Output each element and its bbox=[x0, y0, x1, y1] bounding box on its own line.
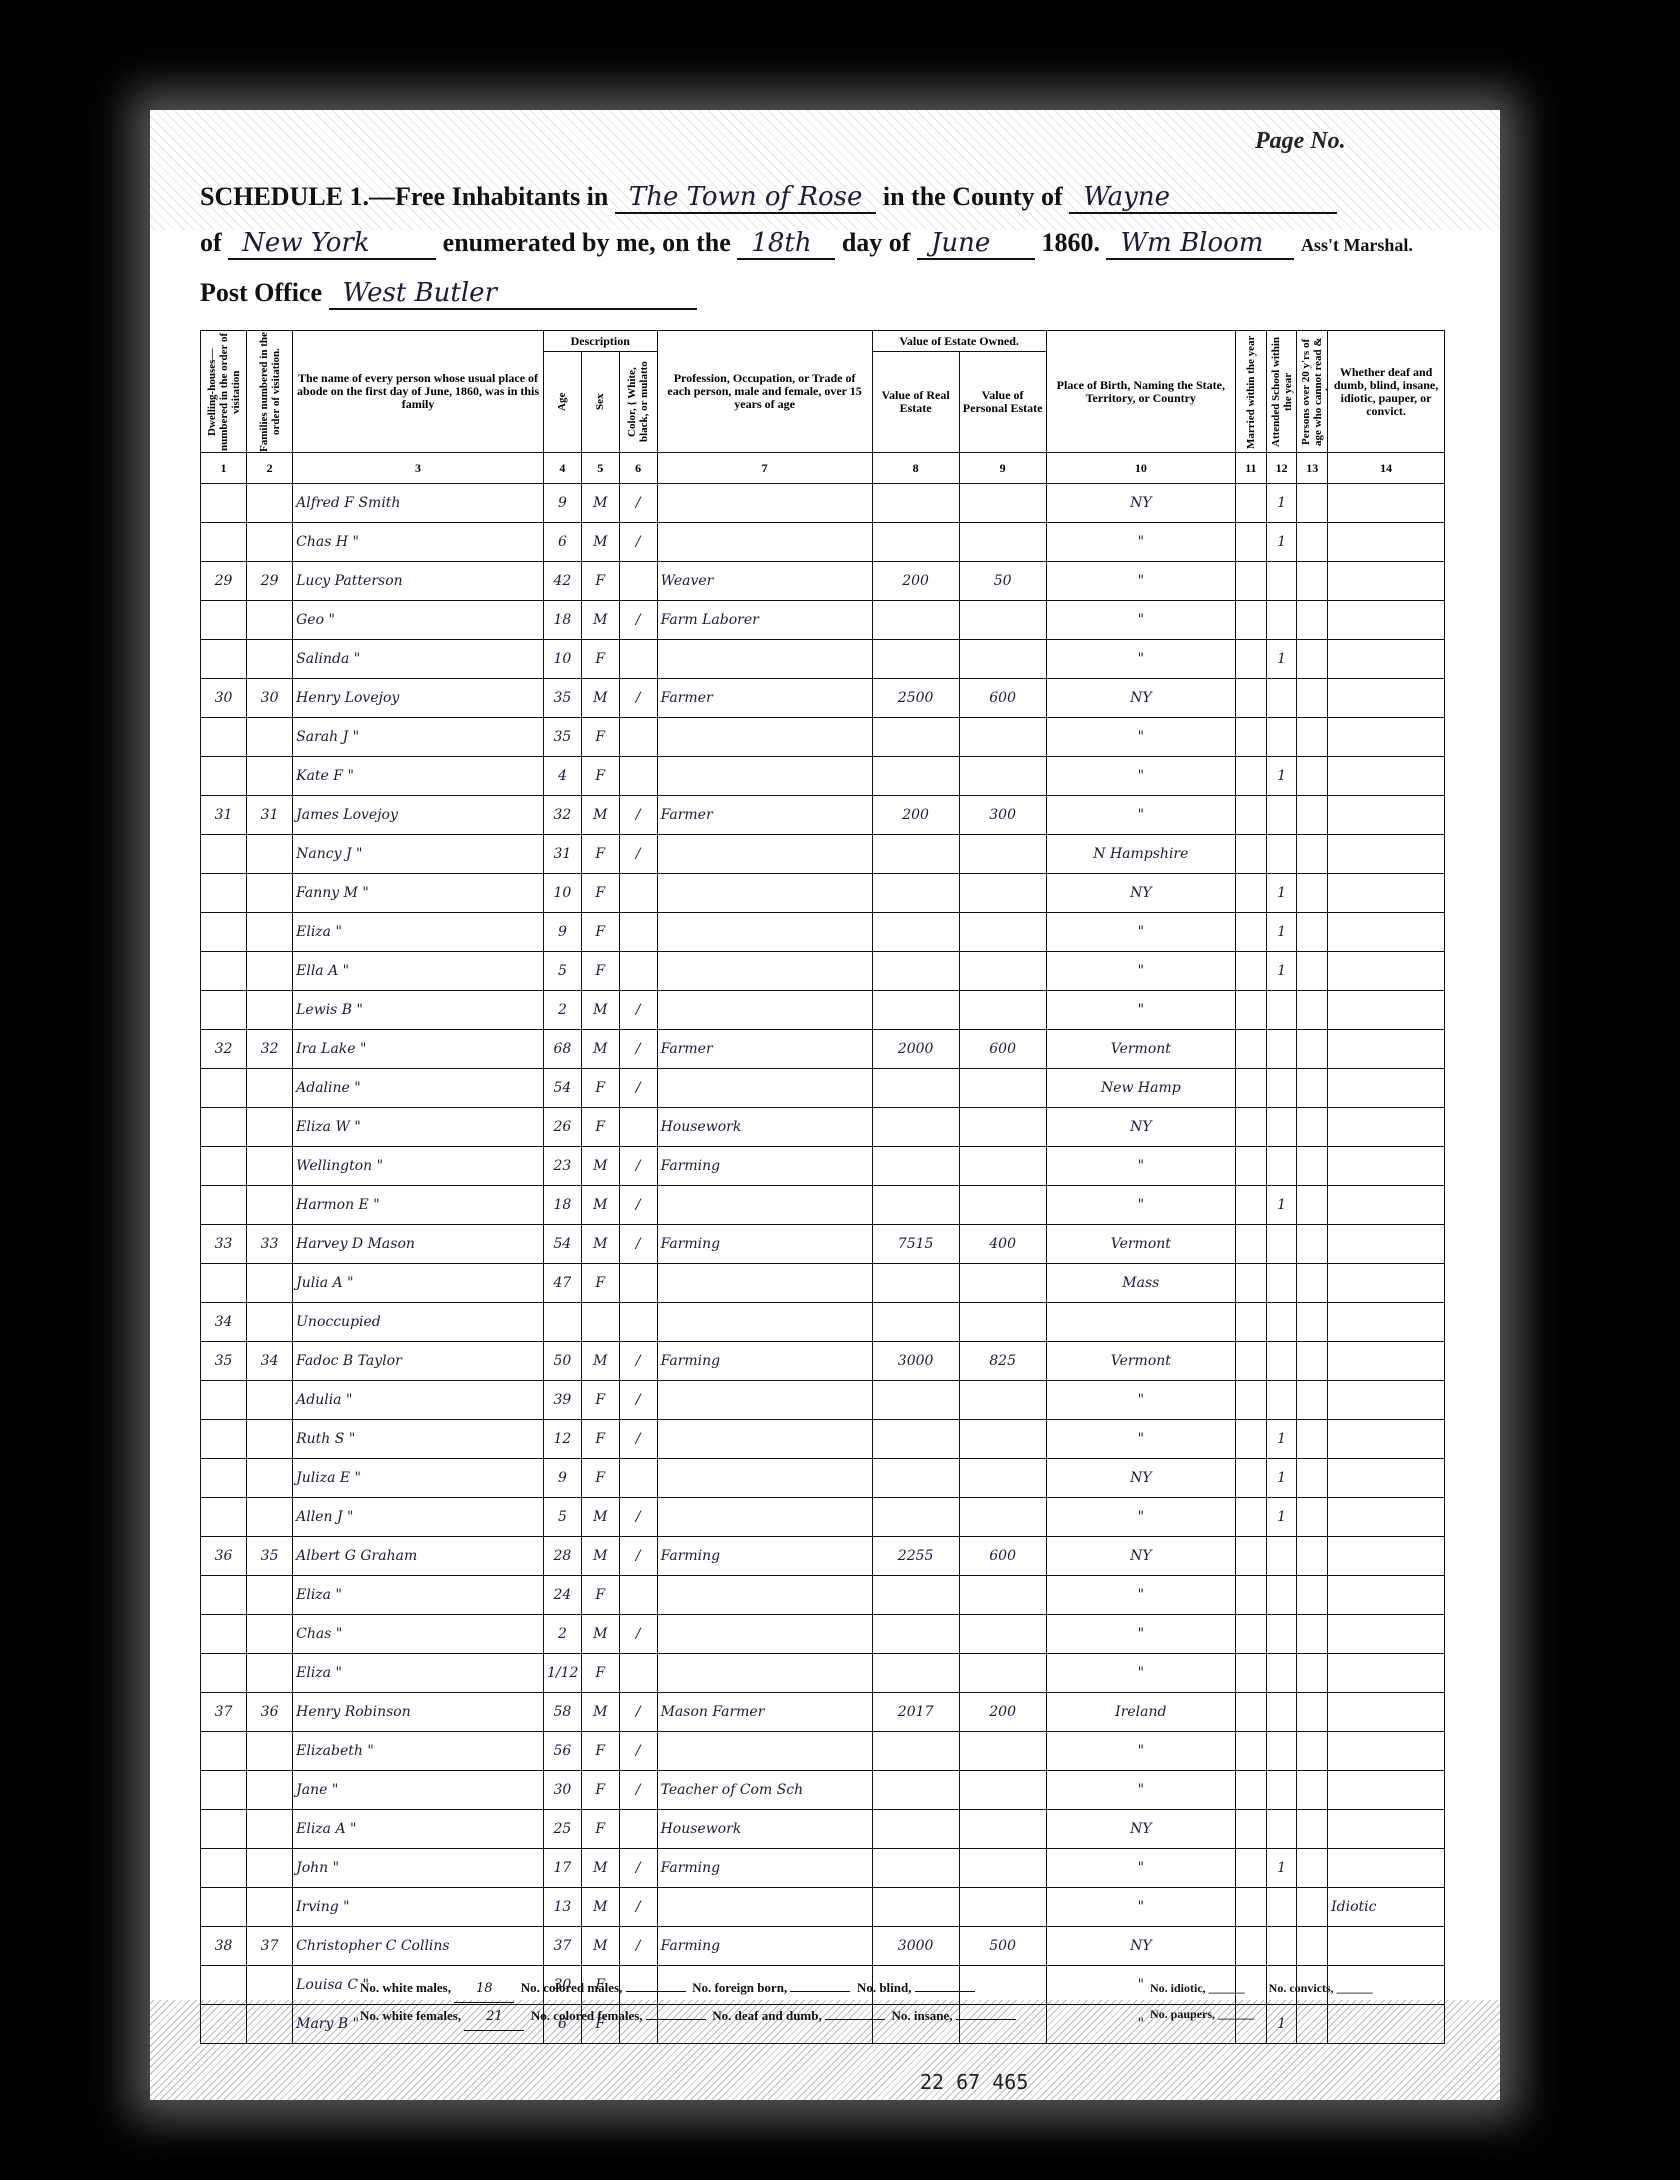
cell-family bbox=[247, 1888, 293, 1927]
cell-dwelling bbox=[201, 1498, 247, 1537]
cell-birth: " bbox=[1046, 523, 1235, 562]
cell-illiterate bbox=[1297, 1810, 1328, 1849]
cell-sex: F bbox=[581, 1264, 619, 1303]
cell-birth: " bbox=[1046, 1420, 1235, 1459]
cell-color bbox=[619, 1576, 657, 1615]
cell-personal: 600 bbox=[959, 1537, 1046, 1576]
cell-personal bbox=[959, 640, 1046, 679]
cell-age: 10 bbox=[543, 874, 581, 913]
cell-color bbox=[619, 1810, 657, 1849]
cell-name: Ira Lake " bbox=[293, 1030, 544, 1069]
cell-real bbox=[872, 757, 959, 796]
cell-condition bbox=[1328, 601, 1445, 640]
cell-birth: Mass bbox=[1046, 1264, 1235, 1303]
foreign-born-value bbox=[790, 1991, 850, 1992]
cell-occupation bbox=[657, 1654, 872, 1693]
cell-condition bbox=[1328, 1459, 1445, 1498]
cell-illiterate bbox=[1297, 757, 1328, 796]
cell-occupation bbox=[657, 1498, 872, 1537]
cell-married bbox=[1236, 1537, 1267, 1576]
cell-age: 35 bbox=[543, 679, 581, 718]
blind-label: No. blind, bbox=[857, 1980, 912, 1995]
cell-name: Elizabeth " bbox=[293, 1732, 544, 1771]
group-header-row: Dwelling-houses—numbered in the order of… bbox=[201, 331, 1445, 352]
marshal-name: Wm Bloom bbox=[1106, 228, 1294, 260]
cell-real bbox=[872, 484, 959, 523]
cell-dwelling: 34 bbox=[201, 1303, 247, 1342]
cell-school bbox=[1266, 1732, 1297, 1771]
cell-real bbox=[872, 1459, 959, 1498]
cell-school bbox=[1266, 1537, 1297, 1576]
cell-personal bbox=[959, 1654, 1046, 1693]
cell-family bbox=[247, 835, 293, 874]
cell-school bbox=[1266, 601, 1297, 640]
table-row: Eliza A "25FHouseworkNY bbox=[201, 1810, 1445, 1849]
cell-condition: Idiotic bbox=[1328, 1888, 1445, 1927]
cell-family bbox=[247, 1732, 293, 1771]
cell-name: Fanny M " bbox=[293, 874, 544, 913]
cell-occupation bbox=[657, 1303, 872, 1342]
cell-color bbox=[619, 874, 657, 913]
cell-condition bbox=[1328, 1849, 1445, 1888]
cell-age: 13 bbox=[543, 1888, 581, 1927]
cell-dwelling bbox=[201, 1147, 247, 1186]
cell-color: / bbox=[619, 1342, 657, 1381]
cell-age: 18 bbox=[543, 601, 581, 640]
cell-real bbox=[872, 1381, 959, 1420]
cell-family bbox=[247, 1069, 293, 1108]
cell-family bbox=[247, 1576, 293, 1615]
cell-color bbox=[619, 952, 657, 991]
day-of-label: day of bbox=[842, 228, 911, 257]
col-num: 12 bbox=[1266, 453, 1297, 484]
cell-school bbox=[1266, 1342, 1297, 1381]
col-header-personal-estate: Value of Personal Estate bbox=[959, 352, 1046, 453]
col-header-occupation: Profession, Occupation, or Trade of each… bbox=[657, 331, 872, 453]
cell-birth: " bbox=[1046, 1732, 1235, 1771]
cell-birth: NY bbox=[1046, 874, 1235, 913]
cell-name: Kate F " bbox=[293, 757, 544, 796]
cell-family bbox=[247, 601, 293, 640]
table-row: Geo "18M/Farm Laborer" bbox=[201, 601, 1445, 640]
cell-occupation: Farming bbox=[657, 1147, 872, 1186]
cell-age: 9 bbox=[543, 484, 581, 523]
cell-real bbox=[872, 718, 959, 757]
cell-real bbox=[872, 1303, 959, 1342]
cell-real bbox=[872, 1186, 959, 1225]
cell-illiterate bbox=[1297, 640, 1328, 679]
cell-age: 68 bbox=[543, 1030, 581, 1069]
cell-real: 200 bbox=[872, 796, 959, 835]
cell-birth: " bbox=[1046, 1381, 1235, 1420]
col-num: 11 bbox=[1236, 453, 1267, 484]
enumeration-line: of New York enumerated by me, on the 18t… bbox=[200, 228, 1413, 260]
cell-color: / bbox=[619, 484, 657, 523]
col-header-condition: Whether deaf and dumb, blind, insane, id… bbox=[1328, 331, 1445, 453]
cell-sex: M bbox=[581, 1615, 619, 1654]
cell-name: Geo " bbox=[293, 601, 544, 640]
cell-birth: " bbox=[1046, 1498, 1235, 1537]
cell-school: 1 bbox=[1266, 484, 1297, 523]
col-num: 8 bbox=[872, 453, 959, 484]
year-value: 1860. bbox=[1041, 228, 1100, 257]
cell-name: Adaline " bbox=[293, 1069, 544, 1108]
table-row: Nancy J "31F/N Hampshire bbox=[201, 835, 1445, 874]
cell-dwelling bbox=[201, 1654, 247, 1693]
cell-sex: F bbox=[581, 1771, 619, 1810]
cell-occupation: Farming bbox=[657, 1927, 872, 1966]
cell-personal bbox=[959, 913, 1046, 952]
table-row: Eliza W "26FHouseworkNY bbox=[201, 1108, 1445, 1147]
cell-condition bbox=[1328, 796, 1445, 835]
cell-dwelling: 36 bbox=[201, 1537, 247, 1576]
cell-age: 1/12 bbox=[543, 1654, 581, 1693]
cell-occupation bbox=[657, 1381, 872, 1420]
table-row: Sarah J "35F" bbox=[201, 718, 1445, 757]
cell-sex: F bbox=[581, 1654, 619, 1693]
cell-illiterate bbox=[1297, 796, 1328, 835]
cell-family: 37 bbox=[247, 1927, 293, 1966]
cell-name: Allen J " bbox=[293, 1498, 544, 1537]
cell-married bbox=[1236, 1771, 1267, 1810]
cell-married bbox=[1236, 523, 1267, 562]
post-office-label: Post Office bbox=[200, 278, 322, 307]
white-males-label: No. white males, bbox=[360, 1980, 451, 1995]
cell-age: 24 bbox=[543, 1576, 581, 1615]
cell-age: 6 bbox=[543, 523, 581, 562]
col-num: 9 bbox=[959, 453, 1046, 484]
cell-birth bbox=[1046, 1303, 1235, 1342]
cell-school bbox=[1266, 1654, 1297, 1693]
cell-birth: NY bbox=[1046, 1108, 1235, 1147]
cell-married bbox=[1236, 913, 1267, 952]
cell-personal: 400 bbox=[959, 1225, 1046, 1264]
cell-birth: " bbox=[1046, 991, 1235, 1030]
cell-illiterate bbox=[1297, 991, 1328, 1030]
cell-condition bbox=[1328, 523, 1445, 562]
cell-sex: F bbox=[581, 952, 619, 991]
cell-dwelling: 35 bbox=[201, 1342, 247, 1381]
deaf-dumb-label: No. deaf and dumb, bbox=[712, 2008, 821, 2023]
cell-married bbox=[1236, 1654, 1267, 1693]
cell-school bbox=[1266, 1264, 1297, 1303]
cell-illiterate bbox=[1297, 1576, 1328, 1615]
cell-age: 9 bbox=[543, 1459, 581, 1498]
cell-illiterate bbox=[1297, 718, 1328, 757]
cell-age: 5 bbox=[543, 1498, 581, 1537]
cell-personal: 50 bbox=[959, 562, 1046, 601]
cell-illiterate bbox=[1297, 601, 1328, 640]
cell-family bbox=[247, 1264, 293, 1303]
cell-age: 47 bbox=[543, 1264, 581, 1303]
cell-illiterate bbox=[1297, 1069, 1328, 1108]
insane-label: No. insane, bbox=[891, 2008, 952, 2023]
cell-family bbox=[247, 991, 293, 1030]
marshal-label: Ass't Marshal. bbox=[1301, 235, 1413, 255]
group-header-description: Description bbox=[543, 331, 657, 352]
cell-married bbox=[1236, 1303, 1267, 1342]
cell-married bbox=[1236, 1615, 1267, 1654]
col-num: 5 bbox=[581, 453, 619, 484]
cell-birth: New Hamp bbox=[1046, 1069, 1235, 1108]
cell-illiterate bbox=[1297, 952, 1328, 991]
cell-age: 2 bbox=[543, 991, 581, 1030]
cell-married bbox=[1236, 1342, 1267, 1381]
cell-married bbox=[1236, 1810, 1267, 1849]
cell-color: / bbox=[619, 1186, 657, 1225]
cell-married bbox=[1236, 679, 1267, 718]
cell-school: 1 bbox=[1266, 757, 1297, 796]
cell-name: Henry Robinson bbox=[293, 1693, 544, 1732]
cell-birth: " bbox=[1046, 1147, 1235, 1186]
table-row: 2929Lucy Patterson42FWeaver20050" bbox=[201, 562, 1445, 601]
col-header-age: Age bbox=[543, 352, 581, 453]
cell-dwelling: 31 bbox=[201, 796, 247, 835]
cell-sex: F bbox=[581, 1069, 619, 1108]
colored-females-label: No. colored females, bbox=[531, 2008, 643, 2023]
cell-name: Eliza " bbox=[293, 1576, 544, 1615]
cell-married bbox=[1236, 562, 1267, 601]
cell-personal bbox=[959, 1771, 1046, 1810]
cell-sex: M bbox=[581, 1537, 619, 1576]
cell-school: 1 bbox=[1266, 913, 1297, 952]
cell-school bbox=[1266, 1303, 1297, 1342]
cell-sex: M bbox=[581, 1225, 619, 1264]
state-label: of bbox=[200, 228, 222, 257]
cell-illiterate bbox=[1297, 1849, 1328, 1888]
cell-birth: NY bbox=[1046, 1810, 1235, 1849]
cell-color bbox=[619, 1303, 657, 1342]
cell-occupation bbox=[657, 1615, 872, 1654]
cell-condition bbox=[1328, 757, 1445, 796]
cell-name: Lewis B " bbox=[293, 991, 544, 1030]
cell-family bbox=[247, 874, 293, 913]
cell-married bbox=[1236, 1459, 1267, 1498]
cell-dwelling bbox=[201, 640, 247, 679]
cell-sex: F bbox=[581, 1420, 619, 1459]
table-row: 3232Ira Lake "68M/Farmer2000600Vermont bbox=[201, 1030, 1445, 1069]
cell-illiterate bbox=[1297, 1030, 1328, 1069]
cell-condition bbox=[1328, 1069, 1445, 1108]
cell-age: 32 bbox=[543, 796, 581, 835]
cell-married bbox=[1236, 1888, 1267, 1927]
cell-age: 4 bbox=[543, 757, 581, 796]
cell-name: Harmon E " bbox=[293, 1186, 544, 1225]
cell-sex: M bbox=[581, 601, 619, 640]
cell-name: John " bbox=[293, 1849, 544, 1888]
colored-males-value bbox=[626, 1991, 686, 1992]
cell-illiterate bbox=[1297, 913, 1328, 952]
cell-married bbox=[1236, 952, 1267, 991]
cell-family bbox=[247, 1303, 293, 1342]
cell-sex: F bbox=[581, 562, 619, 601]
cell-occupation: Farming bbox=[657, 1342, 872, 1381]
cell-school bbox=[1266, 796, 1297, 835]
cell-dwelling bbox=[201, 1771, 247, 1810]
cell-occupation bbox=[657, 1459, 872, 1498]
cell-dwelling: 30 bbox=[201, 679, 247, 718]
table-row: Ella A "5F"1 bbox=[201, 952, 1445, 991]
cell-sex: M bbox=[581, 1888, 619, 1927]
cell-birth: Ireland bbox=[1046, 1693, 1235, 1732]
cell-occupation bbox=[657, 835, 872, 874]
cell-school bbox=[1266, 1927, 1297, 1966]
cell-personal: 600 bbox=[959, 1030, 1046, 1069]
table-row: 3030Henry Lovejoy35M/Farmer2500600NY bbox=[201, 679, 1445, 718]
white-males-value: 18 bbox=[454, 1976, 514, 2003]
cell-sex: F bbox=[581, 1108, 619, 1147]
col-num: 13 bbox=[1297, 453, 1328, 484]
table-row: Juliza E "9FNY1 bbox=[201, 1459, 1445, 1498]
cell-occupation: Mason Farmer bbox=[657, 1693, 872, 1732]
post-office-line: Post Office West Butler bbox=[200, 278, 697, 310]
cell-dwelling bbox=[201, 1186, 247, 1225]
table-row: 3635Albert G Graham28M/Farming2255600NY bbox=[201, 1537, 1445, 1576]
cell-family: 31 bbox=[247, 796, 293, 835]
cell-personal bbox=[959, 1732, 1046, 1771]
cell-occupation: Teacher of Com Sch bbox=[657, 1771, 872, 1810]
cell-personal bbox=[959, 757, 1046, 796]
cell-occupation bbox=[657, 757, 872, 796]
cell-name: Unoccupied bbox=[293, 1303, 544, 1342]
cell-family: 30 bbox=[247, 679, 293, 718]
cell-dwelling: 32 bbox=[201, 1030, 247, 1069]
paupers-label: No. paupers, bbox=[1150, 2007, 1215, 2021]
cell-age: 54 bbox=[543, 1069, 581, 1108]
cell-name: Lucy Patterson bbox=[293, 562, 544, 601]
enumerated-label: enumerated by me, on the bbox=[443, 228, 731, 257]
cell-illiterate bbox=[1297, 835, 1328, 874]
cell-birth: NY bbox=[1046, 1459, 1235, 1498]
cell-color: / bbox=[619, 1537, 657, 1576]
cell-dwelling bbox=[201, 1810, 247, 1849]
cell-sex: F bbox=[581, 913, 619, 952]
cell-age: 58 bbox=[543, 1693, 581, 1732]
cell-illiterate bbox=[1297, 1927, 1328, 1966]
cell-age: 9 bbox=[543, 913, 581, 952]
cell-personal bbox=[959, 1849, 1046, 1888]
cell-illiterate bbox=[1297, 1303, 1328, 1342]
cell-school: 1 bbox=[1266, 1459, 1297, 1498]
cell-birth: " bbox=[1046, 601, 1235, 640]
cell-school bbox=[1266, 1693, 1297, 1732]
cell-age: 18 bbox=[543, 1186, 581, 1225]
cell-personal bbox=[959, 1108, 1046, 1147]
cell-real bbox=[872, 1810, 959, 1849]
cell-age: 35 bbox=[543, 718, 581, 757]
cell-age: 25 bbox=[543, 1810, 581, 1849]
schedule-label: SCHEDULE 1.—Free Inhabitants in bbox=[200, 182, 608, 211]
cell-family bbox=[247, 2005, 293, 2044]
cell-birth: " bbox=[1046, 640, 1235, 679]
table-row: Eliza "24F" bbox=[201, 1576, 1445, 1615]
cell-dwelling: 33 bbox=[201, 1225, 247, 1264]
cell-married bbox=[1236, 1069, 1267, 1108]
cell-condition bbox=[1328, 1030, 1445, 1069]
cell-occupation bbox=[657, 640, 872, 679]
table-row: Adulia "39F/" bbox=[201, 1381, 1445, 1420]
cell-birth: NY bbox=[1046, 679, 1235, 718]
cell-personal: 500 bbox=[959, 1927, 1046, 1966]
cell-dwelling bbox=[201, 2005, 247, 2044]
col-header-birthplace: Place of Birth, Naming the State, Territ… bbox=[1046, 331, 1235, 453]
cell-dwelling bbox=[201, 1966, 247, 2005]
cell-dwelling bbox=[201, 1108, 247, 1147]
cell-personal bbox=[959, 1810, 1046, 1849]
cell-sex: M bbox=[581, 679, 619, 718]
cell-color bbox=[619, 718, 657, 757]
cell-illiterate bbox=[1297, 1108, 1328, 1147]
deaf-dumb-value bbox=[825, 2019, 885, 2020]
cell-occupation: Farming bbox=[657, 1849, 872, 1888]
cell-married bbox=[1236, 874, 1267, 913]
cell-condition bbox=[1328, 874, 1445, 913]
cell-occupation bbox=[657, 1732, 872, 1771]
cell-condition bbox=[1328, 913, 1445, 952]
cell-birth: " bbox=[1046, 562, 1235, 601]
table-row: Julia A "47FMass bbox=[201, 1264, 1445, 1303]
cell-sex: F bbox=[581, 1732, 619, 1771]
cell-dwelling bbox=[201, 991, 247, 1030]
cell-name: Irving " bbox=[293, 1888, 544, 1927]
cell-occupation bbox=[657, 952, 872, 991]
cell-age: 42 bbox=[543, 562, 581, 601]
cell-family bbox=[247, 1186, 293, 1225]
cell-family bbox=[247, 640, 293, 679]
cell-condition bbox=[1328, 562, 1445, 601]
cell-personal bbox=[959, 1264, 1046, 1303]
cell-illiterate bbox=[1297, 1693, 1328, 1732]
convicts-label: No. convicts, bbox=[1269, 1981, 1334, 1995]
cell-name: Henry Lovejoy bbox=[293, 679, 544, 718]
cell-dwelling bbox=[201, 1420, 247, 1459]
col-num: 2 bbox=[247, 453, 293, 484]
cell-real bbox=[872, 835, 959, 874]
cell-birth: N Hampshire bbox=[1046, 835, 1235, 874]
cell-age: 23 bbox=[543, 1147, 581, 1186]
cell-condition bbox=[1328, 1264, 1445, 1303]
census-table: Dwelling-houses—numbered in the order of… bbox=[200, 330, 1445, 2044]
cell-condition bbox=[1328, 1732, 1445, 1771]
cell-school bbox=[1266, 1030, 1297, 1069]
month-value: June bbox=[917, 228, 1035, 260]
cell-real bbox=[872, 1147, 959, 1186]
cell-real bbox=[872, 913, 959, 952]
cell-occupation bbox=[657, 1420, 872, 1459]
cell-illiterate bbox=[1297, 1147, 1328, 1186]
cell-personal bbox=[959, 952, 1046, 991]
cell-name: Harvey D Mason bbox=[293, 1225, 544, 1264]
cell-name: Chas H " bbox=[293, 523, 544, 562]
cell-school bbox=[1266, 562, 1297, 601]
cell-color: / bbox=[619, 796, 657, 835]
table-row: Eliza "9F"1 bbox=[201, 913, 1445, 952]
cell-sex: F bbox=[581, 835, 619, 874]
cell-occupation: Farming bbox=[657, 1537, 872, 1576]
cell-sex: M bbox=[581, 1342, 619, 1381]
cell-married bbox=[1236, 757, 1267, 796]
cell-birth: " bbox=[1046, 1654, 1235, 1693]
cell-family bbox=[247, 1108, 293, 1147]
table-row: 3736Henry Robinson58M/Mason Farmer201720… bbox=[201, 1693, 1445, 1732]
schedule-title-line: SCHEDULE 1.—Free Inhabitants in The Town… bbox=[200, 182, 1337, 214]
cell-occupation bbox=[657, 718, 872, 757]
cell-occupation bbox=[657, 523, 872, 562]
cell-illiterate bbox=[1297, 1732, 1328, 1771]
table-row: Chas H "6M/"1 bbox=[201, 523, 1445, 562]
cell-married bbox=[1236, 1264, 1267, 1303]
cell-family: 34 bbox=[247, 1342, 293, 1381]
